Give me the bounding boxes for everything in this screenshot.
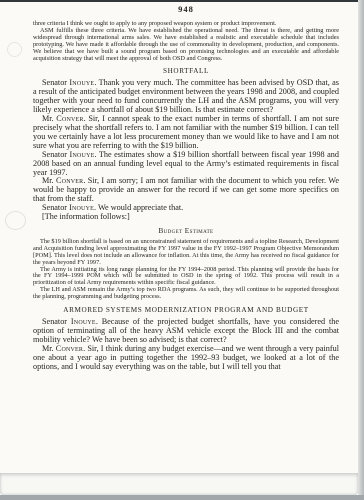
- speaker-name: Inouye: [71, 317, 96, 326]
- scan-top-edge: [0, 0, 364, 2]
- scan-artifact-ring: [7, 42, 22, 57]
- scan-artifact-smudge: [5, 211, 26, 230]
- document-blocks: three criteria I think we ought to apply…: [33, 21, 339, 372]
- speaker-name: Inouye: [69, 78, 94, 87]
- document-page: 948 three criteria I think we ought to a…: [0, 0, 364, 473]
- section-heading: Budget Estimate: [33, 227, 339, 235]
- speaker-name: Inouye: [69, 203, 94, 212]
- speaker-name: Inouye: [70, 150, 95, 159]
- scan-bottom-strip: [0, 495, 364, 500]
- scan-bottom-page-edge: [0, 473, 358, 495]
- paragraph: The $19 billion shortfall is based on an…: [33, 239, 339, 267]
- paragraph: Senator Inouye. Thank you very much. The…: [33, 79, 339, 115]
- page-content: 948 three criteria I think we ought to a…: [33, 4, 339, 372]
- speaker-name: Conver: [56, 344, 83, 353]
- speaker-name: Conver: [56, 114, 83, 123]
- paragraph: Mr. Conver. Sir, I think during any budg…: [33, 345, 339, 372]
- paragraph: Mr. Conver. Sir, I cannot speak to the e…: [33, 115, 339, 151]
- section-heading: ARMORED SYSTEMS MODERNIZATION PROGRAM AN…: [33, 306, 339, 314]
- paragraph: The LH and ASM remain the Army’s top two…: [33, 287, 339, 301]
- paragraph: Senator Inouye. The estimates show a $19…: [33, 151, 339, 178]
- section-heading: SHORTFALL: [33, 67, 339, 75]
- page-number: 948: [33, 4, 339, 14]
- scan-right-edge: [358, 0, 364, 500]
- paragraph: Senator Inouye. Because of the projected…: [33, 318, 339, 345]
- paragraph: Mr. Conver. Sir, I am sorry; I am not fa…: [33, 177, 339, 204]
- speaker-name: Conver: [56, 176, 83, 185]
- paragraph: ASM fulfills these three criteria. We ha…: [33, 28, 339, 63]
- paragraph: [The information follows:]: [33, 213, 339, 222]
- paragraph: The Army is initiating its long range pl…: [33, 267, 339, 288]
